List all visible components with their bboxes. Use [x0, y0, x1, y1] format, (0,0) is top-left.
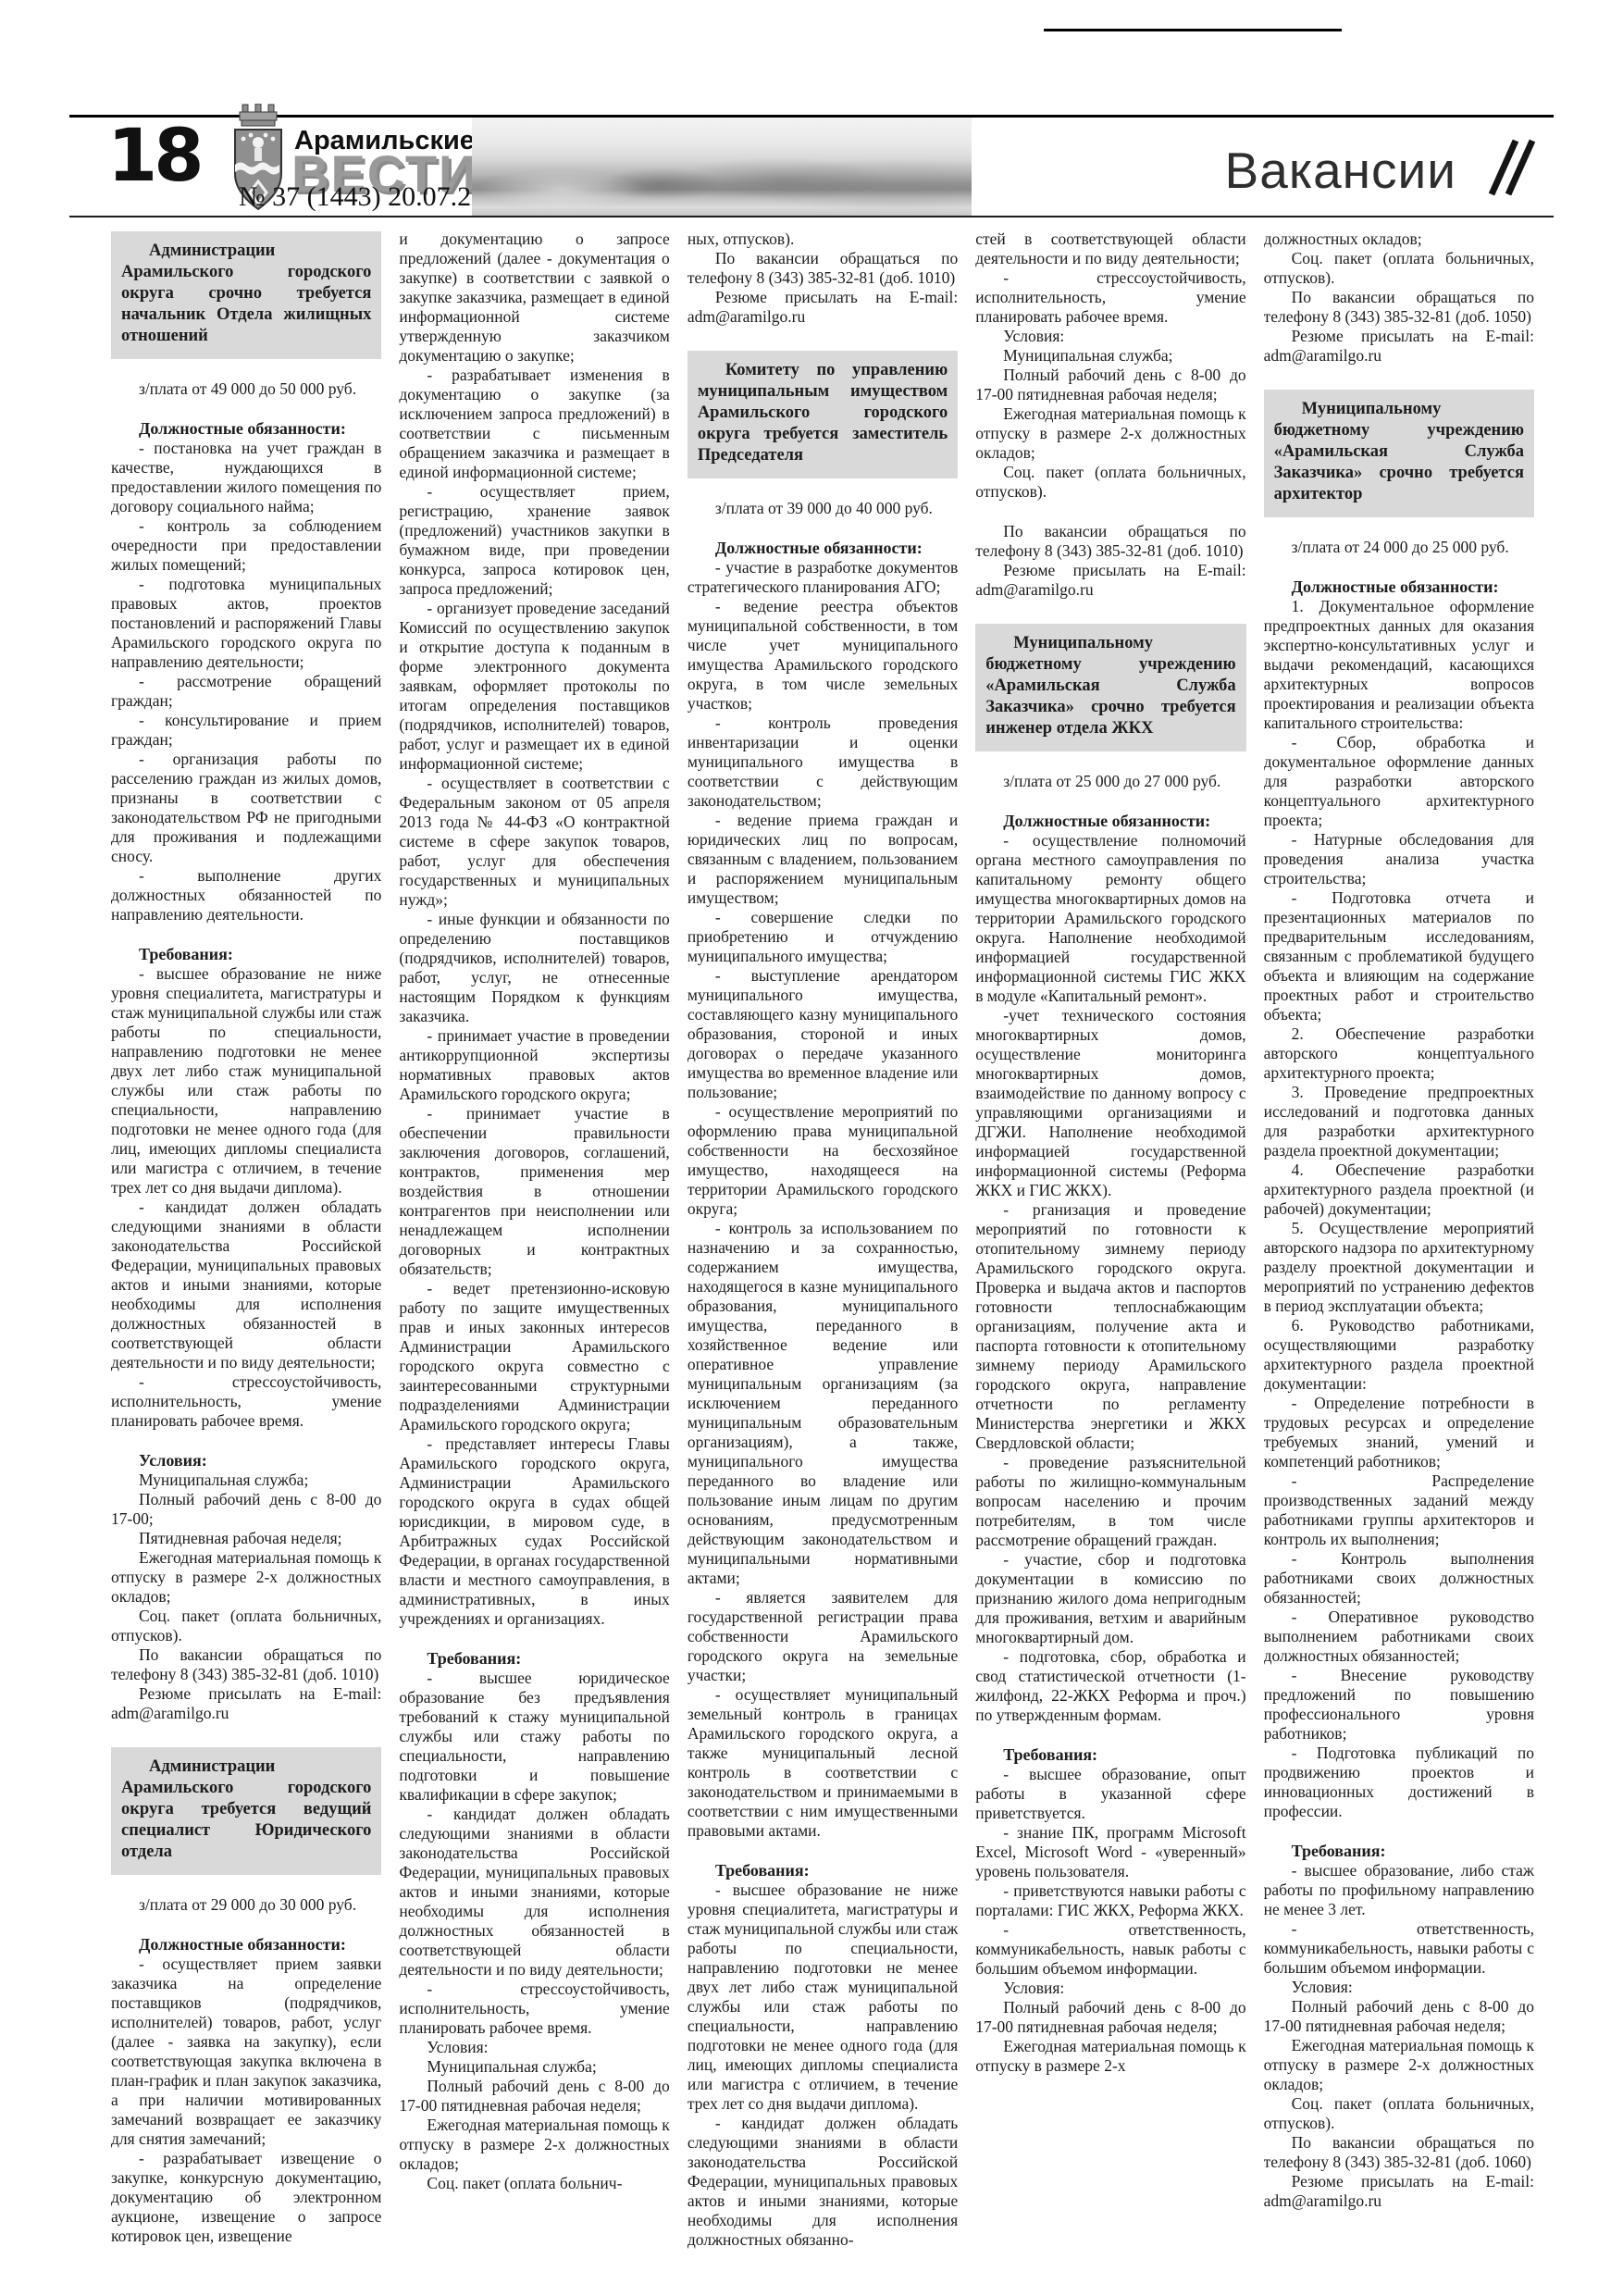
paragraph: - кандидат должен обладать следующими зн… — [111, 1198, 381, 1372]
columns: Администрации Арамильского городского ок… — [111, 230, 1534, 2290]
paragraph: - контроль за соблюдением очередности пр… — [111, 516, 381, 575]
paragraph: - рганизация и проведение мероприятий по… — [975, 1200, 1245, 1453]
paragraph: Полный рабочий день с 8-00 до 17-00 пяти… — [975, 1998, 1245, 2037]
subheading: Должностные обязанности: — [111, 1935, 381, 1955]
paragraph: Муниципальная служба; — [975, 346, 1245, 366]
subheading: Требования: — [111, 945, 381, 964]
paragraph: Соц. пакет (оплата больничных, отпусков)… — [1264, 2094, 1534, 2133]
paragraph: - иные функции и обязанности по определе… — [399, 910, 669, 1026]
paragraph: По вакансии обращаться по телефону 8 (34… — [1264, 288, 1534, 327]
paragraph: По вакансии обращаться по телефону 8 (34… — [111, 1645, 381, 1684]
paragraph: Полный рабочий день с 8-00 до 17-00 пяти… — [975, 366, 1245, 404]
newspaper-page: 18 Арамильские ВЕСТИ № 37 (1443) 20.07.2… — [0, 0, 1623, 2296]
paragraph: з/плата от 29 000 до 30 000 руб. — [111, 1895, 381, 1915]
paragraph: - рассмотрение обращений граждан; — [111, 672, 381, 711]
header-panorama-photo — [472, 118, 972, 217]
paragraph: Муниципальная служба; — [111, 1471, 381, 1490]
subheading: Должностные обязанности: — [688, 539, 958, 558]
paragraph: - организация работы по расселению гражд… — [111, 750, 381, 866]
paragraph: 4. Обеспечение разработки архитектурного… — [1264, 1160, 1534, 1219]
paragraph: - постановка на учет граждан в качестве,… — [111, 439, 381, 516]
paragraph: - высшее юридическое образование без пре… — [399, 1669, 669, 1805]
paragraph: - стрессоустойчивость, исполнительность,… — [111, 1372, 381, 1431]
paragraph-continuation: ных, отпусков). — [688, 230, 958, 249]
subheading: Требования: — [688, 1861, 958, 1880]
paragraph: Пятидневная рабочая неделя; — [111, 1529, 381, 1548]
paragraph: - Сбор, обработка и документальное оформ… — [1264, 733, 1534, 830]
paragraph: 1. Документальное оформление предпроектн… — [1264, 597, 1534, 733]
paragraph: - разрабатывает извещение о закупке, кон… — [111, 2149, 381, 2246]
column-1: Администрации Арамильского городского ок… — [111, 230, 381, 2290]
paragraph: - проведение разъяснительной работы по ж… — [975, 1453, 1245, 1550]
paragraph: - ответственность, коммуникабельность, н… — [975, 1920, 1245, 1979]
paragraph: Ежегодная материальная помощь к отпуску … — [399, 2116, 669, 2174]
subheading: Требования: — [399, 1649, 669, 1669]
paragraph: Полный рабочий день с 8-00 до 17-00 пяти… — [399, 2077, 669, 2116]
paragraph: - Натурные обследования для проведения а… — [1264, 830, 1534, 888]
paragraph: Ежегодная материальная помощь к отпуску … — [111, 1548, 381, 1607]
paragraph: Соц. пакет (оплата больнич- — [399, 2174, 669, 2193]
paragraph: - ведет претензионно-исковую работу по з… — [399, 1279, 669, 1434]
subheading: Требования: — [1264, 1842, 1534, 1861]
paragraph: Ежегодная материальная помощь к отпуску … — [1264, 2036, 1534, 2094]
paragraph: 6. Руководство работниками, осуществляющ… — [1264, 1316, 1534, 1394]
paragraph: - ведение реестра объектов муниципальной… — [688, 597, 958, 714]
paragraph: По вакансии обращаться по телефону 8 (34… — [975, 522, 1245, 561]
paragraph: - высшее образование, опыт работы в указ… — [975, 1765, 1245, 1823]
paragraph-continuation: и документацию о запросе предложений (да… — [399, 230, 669, 366]
paragraph: - кандидат должен обладать следующими зн… — [688, 2114, 958, 2250]
paragraph: - стрессоустойчивость, исполнительность,… — [975, 268, 1245, 327]
paragraph: - приветствуются навыки работы с портала… — [975, 1881, 1245, 1920]
column-5: должностных окладов;Соц. пакет (оплата б… — [1264, 230, 1534, 2290]
paragraph: - участие, сбор и подготовка документаци… — [975, 1550, 1245, 1647]
paragraph: - организует проведение заседаний Комисс… — [399, 599, 669, 774]
paragraph: -учет технического состояния многокварти… — [975, 1006, 1245, 1200]
subheading: Условия: — [111, 1451, 381, 1471]
paragraph: Соц. пакет (оплата больничных, отпусков)… — [975, 463, 1245, 502]
paragraph: - консультирование и прием граждан; — [111, 711, 381, 750]
paragraph: - Распределение производственных заданий… — [1264, 1471, 1534, 1549]
paragraph: - совершение следки по приобретению и от… — [688, 908, 958, 966]
paragraph: з/плата от 39 000 до 40 000 руб. — [688, 499, 958, 518]
paragraph: 5. Осуществление мероприятий авторского … — [1264, 1219, 1534, 1316]
paragraph: з/плата от 49 000 до 50 000 руб. — [111, 379, 381, 399]
paragraph: - Оперативное руководство выполнением ра… — [1264, 1607, 1534, 1666]
paragraph: - Контроль выполнения работниками своих … — [1264, 1549, 1534, 1607]
paragraph: 2. Обеспечение разработки авторского кон… — [1264, 1024, 1534, 1083]
subheading: Должностные обязанности: — [111, 419, 381, 439]
paragraph: - принимает участие в проведении антикор… — [399, 1026, 669, 1104]
paragraph: - стрессоустойчивость, исполнительность,… — [399, 1980, 669, 2038]
paragraph: - выступление арендатором муниципального… — [688, 966, 958, 1102]
paragraph: - осуществляет прием, регистрацию, хране… — [399, 482, 669, 599]
paragraph: - осуществление полномочий органа местно… — [975, 831, 1245, 1006]
double-slash-icon — [1468, 137, 1538, 203]
page-number: 18 — [107, 120, 201, 192]
paragraph: Полный рабочий день с 8-00 до 17-00; — [111, 1490, 381, 1529]
header-bottom-rule — [69, 216, 1554, 217]
vacancy-heading-box: Комитету по управлению муниципальным иму… — [688, 351, 958, 478]
paragraph-continuation: должностных окладов; — [1264, 230, 1534, 249]
paragraph: - кандидат должен обладать следующими зн… — [399, 1805, 669, 1980]
column-3: ных, отпусков).По вакансии обращаться по… — [688, 230, 958, 2290]
paragraph: Резюме присылать на E-mail: adm@aramilgo… — [111, 1684, 381, 1723]
section-title: Вакансии — [1225, 141, 1456, 200]
subheading: Должностные обязанности: — [1264, 577, 1534, 597]
paragraph: - осуществляет прием заявки заказчика на… — [111, 1955, 381, 2149]
paragraph: - Определение потребности в трудовых рес… — [1264, 1394, 1534, 1471]
paragraph: - ведение приема граждан и юридических л… — [688, 811, 958, 908]
paragraph: Ежегодная материальная помощь к отпуску … — [975, 404, 1245, 463]
subheading: Требования: — [975, 1745, 1245, 1765]
paragraph: - разрабатывает изменения в документацию… — [399, 366, 669, 482]
paragraph: - высшее образование не ниже уровня спец… — [688, 1880, 958, 2114]
paragraph: - знание ПК, программ Microsoft Excel, M… — [975, 1823, 1245, 1881]
paragraph: Полный рабочий день с 8-00 до 17-00 пяти… — [1264, 1997, 1534, 2036]
paragraph: Резюме присылать на E-mail: adm@aramilgo… — [1264, 327, 1534, 366]
paragraph: Условия: — [975, 327, 1245, 346]
paragraph: - участие в разработке документов страте… — [688, 558, 958, 597]
paragraph: - высшее образование не ниже уровня спец… — [111, 964, 381, 1198]
paragraph: Резюме присылать на E-mail: adm@aramilgo… — [688, 288, 958, 327]
paragraph: - Подготовка публикаций по продвижению п… — [1264, 1744, 1534, 1821]
paragraph: - ответственность, коммуникабельность, н… — [1264, 1919, 1534, 1978]
paragraph: - является заявителем для государственно… — [688, 1588, 958, 1685]
paragraph: - Подготовка отчета и презентационных ма… — [1264, 888, 1534, 1024]
paragraph: - осуществляет муниципальный земельный к… — [688, 1685, 958, 1841]
paragraph: з/плата от 25 000 до 27 000 руб. — [975, 772, 1245, 791]
vacancy-heading-box: Администрации Арамильского городского ок… — [111, 231, 381, 359]
paragraph: Муниципальная служба; — [399, 2057, 669, 2077]
vacancy-heading-box: Администрации Арамильского городского ок… — [111, 1747, 381, 1875]
paragraph: - контроль проведения инвентаризации и о… — [688, 714, 958, 811]
column-2: и документацию о запросе предложений (да… — [399, 230, 669, 2290]
paragraph: По вакансии обращаться по телефону 8 (34… — [1264, 2133, 1534, 2172]
paragraph: - выполнение других должностных обязанно… — [111, 866, 381, 925]
vacancy-heading-box: Муниципальному бюджетному учреждению «Ар… — [975, 624, 1245, 751]
paragraph: Соц. пакет (оплата больничных, отпусков)… — [111, 1607, 381, 1645]
paragraph: Условия: — [399, 2038, 669, 2057]
paragraph: - подготовка, сбор, обработка и свод ста… — [975, 1647, 1245, 1725]
paragraph: Ежегодная материальная помощь к отпуску … — [975, 2037, 1245, 2076]
vacancy-heading-box: Муниципальному бюджетному учреждению «Ар… — [1264, 390, 1534, 517]
paragraph: - Внесение руководству предложений по по… — [1264, 1666, 1534, 1744]
paragraph: Условия: — [1264, 1978, 1534, 1997]
paragraph: Резюме присылать на E-mail: adm@aramilgo… — [1264, 2172, 1534, 2211]
paragraph: з/плата от 24 000 до 25 000 руб. — [1264, 538, 1534, 557]
paragraph: - принимает участие в обеспечении правил… — [399, 1104, 669, 1279]
paragraph: - осуществляет в соответствии с Федераль… — [399, 774, 669, 910]
paragraph: - высшее образование, либо стаж работы п… — [1264, 1861, 1534, 1919]
trim-mark-line — [1044, 29, 1342, 31]
paragraph: Резюме присылать на E-mail: adm@aramilgo… — [975, 561, 1245, 600]
paragraph: 3. Проведение предпроектных исследований… — [1264, 1083, 1534, 1160]
paragraph: По вакансии обращаться по телефону 8 (34… — [688, 249, 958, 288]
subheading: Должностные обязанности: — [975, 812, 1245, 831]
paragraph: - контроль за использованием по назначен… — [688, 1219, 958, 1588]
paragraph: Соц. пакет (оплата больничных, отпусков)… — [1264, 249, 1534, 288]
paragraph: - осуществление мероприятий по оформлени… — [688, 1102, 958, 1219]
column-4: стей в соответствующей области деятельно… — [975, 230, 1245, 2290]
paragraph-continuation: стей в соответствующей области деятельно… — [975, 230, 1245, 268]
paragraph: Условия: — [975, 1979, 1245, 1998]
paragraph: - подготовка муниципальных правовых акто… — [111, 575, 381, 672]
paragraph: - представляет интересы Главы Арамильско… — [399, 1434, 669, 1629]
